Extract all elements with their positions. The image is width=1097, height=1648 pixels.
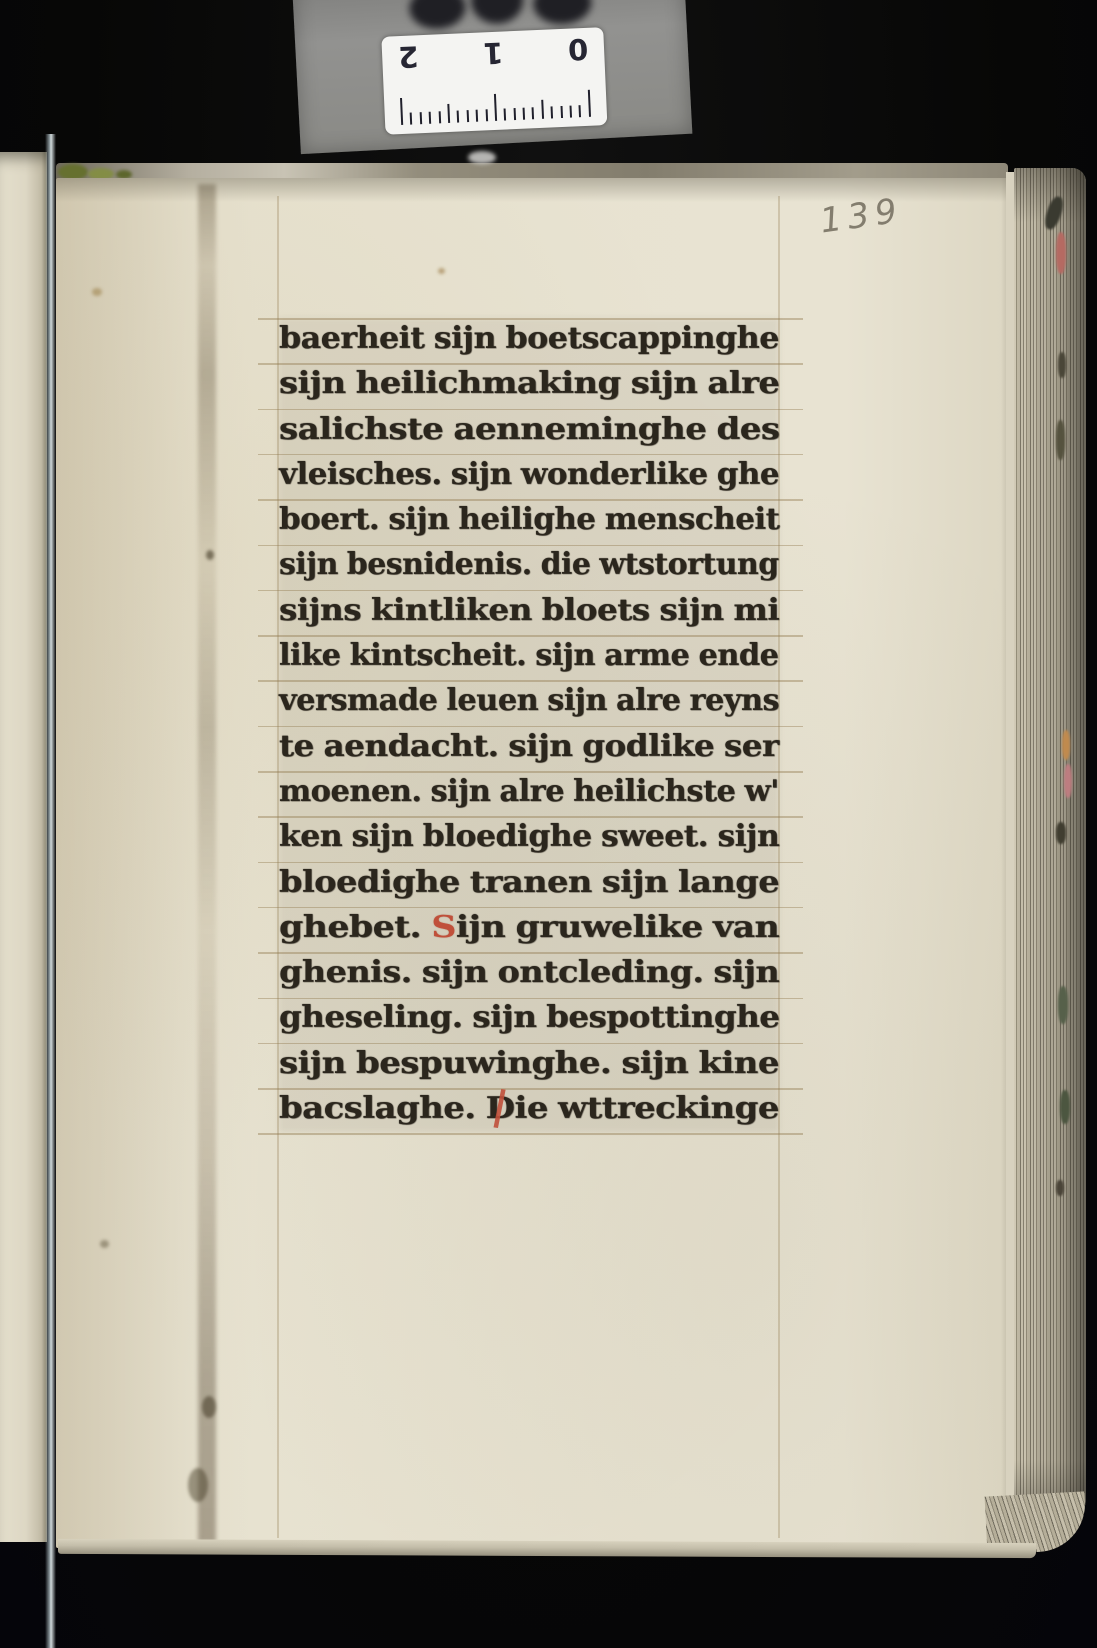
- ruler-tick: [513, 108, 516, 120]
- photo-scale-ruler: 210: [292, 0, 693, 154]
- manuscript-text: like kintscheit. sijn arme ende: [279, 633, 779, 678]
- fore-edge-mark: [1056, 1180, 1064, 1196]
- facing-page-edge: [0, 152, 47, 1542]
- manuscript-text: sijn besnidenis. die wtstortung: [279, 542, 779, 587]
- ruler-tick: [438, 111, 441, 123]
- manuscript-text-line: ghebet. Sijn gruwelike van: [279, 905, 779, 950]
- ruler-tick: [419, 112, 422, 124]
- manuscript-text: vleisches. sijn wonderlike ghe: [279, 452, 779, 497]
- manuscript-text-line: te aendacht. sijn godlike ser: [279, 724, 779, 769]
- parchment-spot: [100, 1240, 109, 1248]
- ruler-tick: [429, 112, 432, 124]
- manuscript-text-line: like kintscheit. sijn arme ende: [279, 633, 779, 678]
- manuscript-text: salichste aenneminghe des: [279, 407, 780, 452]
- ruler-tick: [532, 107, 535, 119]
- manuscript-text: ghebet. Sijn gruwelike van: [279, 905, 779, 950]
- ruler-block-mark: [470, 0, 524, 25]
- manuscript-text: te aendacht. sijn godlike ser: [279, 724, 779, 769]
- ruler-tick: [400, 98, 403, 125]
- photo-of-manuscript: baerheit sijn boetscappinghesijn heilich…: [0, 0, 1097, 1648]
- manuscript-text: moenen. sijn alre heilichste w': [279, 769, 779, 814]
- manuscript-text: ghenis. sijn ontcleding. sijn: [279, 950, 779, 995]
- ruler-tick: [410, 113, 413, 125]
- parchment-spot: [438, 268, 445, 274]
- ruler-ticks: [400, 90, 591, 125]
- parchment-spot: [188, 1468, 208, 1502]
- ruler-scale-sticker: 210: [381, 27, 607, 135]
- ruler-number: 2: [397, 39, 419, 74]
- parchment-spot: [202, 1396, 216, 1418]
- manuscript-text: baerheit sijn boetscappinghe: [279, 316, 779, 361]
- parchment-spot: [206, 550, 214, 560]
- manuscript-text-line: salichste aenneminghe des: [279, 407, 779, 452]
- manuscript-text-line: ken sijn bloedighe sweet. sijn: [279, 814, 779, 859]
- top-edge-glint: [468, 151, 496, 164]
- fore-edge-mark: [1056, 822, 1066, 844]
- gutter-stain: [198, 184, 216, 1542]
- gutter-shading: [56, 178, 256, 1548]
- ruling-line: [258, 1133, 803, 1135]
- fore-edge-mark: [1056, 232, 1066, 274]
- manuscript-text-line: bacslaghe. Die wttreckinge: [279, 1086, 779, 1131]
- manuscript-text-line: bloedighe tranen sijn lange: [279, 860, 779, 905]
- manuscript-text-line: ghenis. sijn ontcleding. sijn: [279, 950, 779, 995]
- ruler-tick: [541, 100, 544, 119]
- ruler-tick: [523, 108, 526, 120]
- ruler-tick: [570, 106, 573, 118]
- rubricated-initial: S: [431, 910, 456, 945]
- ruler-tick: [466, 110, 469, 122]
- ruler-block-mark: [532, 0, 592, 26]
- ruler-tick: [494, 94, 497, 121]
- manuscript-text-line: sijns kintliken bloets sijn mi: [279, 588, 779, 633]
- manuscript-text-line: moenen. sijn alre heilichste w': [279, 769, 779, 814]
- manuscript-text-line: sijn bespuwinghe. sijn kine: [279, 1041, 779, 1086]
- fore-edge-mark: [1056, 420, 1065, 460]
- ruler-tick: [504, 108, 507, 120]
- ruler-block-mark: [408, 0, 466, 30]
- fore-edge-mark: [1060, 1090, 1070, 1124]
- manuscript-text-block: baerheit sijn boetscappinghesijn heilich…: [279, 316, 779, 1131]
- manuscript-text: sijns kintliken bloets sijn mi: [279, 588, 779, 633]
- ruler-tick: [447, 104, 450, 123]
- manuscript-text-line: gheseling. sijn bespottinghe: [279, 995, 779, 1040]
- glass-plate-edge: [45, 134, 56, 1648]
- ruler-tick: [579, 105, 582, 117]
- fore-edge-mark: [1058, 986, 1068, 1024]
- manuscript-text: boert. sijn heilighe menscheit: [279, 497, 779, 542]
- ruler-number: 1: [482, 36, 504, 71]
- manuscript-text: gheseling. sijn bespottinghe: [279, 995, 780, 1040]
- manuscript-text: ken sijn bloedighe sweet. sijn: [279, 814, 779, 859]
- fore-edge-mark: [1058, 352, 1066, 378]
- ruler-tick: [588, 90, 591, 117]
- ruler-tick: [485, 109, 488, 121]
- ruler-tick: [560, 106, 563, 118]
- ruler-tick: [476, 110, 479, 122]
- parchment-spot: [92, 288, 102, 296]
- fore-edge-mark: [1064, 764, 1072, 798]
- manuscript-text: bloedighe tranen sijn lange: [279, 860, 779, 905]
- manuscript-text-line: vleisches. sijn wonderlike ghe: [279, 452, 779, 497]
- manuscript-text-line: sijn besnidenis. die wtstortung: [279, 542, 779, 587]
- ruler-tick: [551, 106, 554, 118]
- manuscript-text-line: boert. sijn heilighe menscheit: [279, 497, 779, 542]
- manuscript-text-line: sijn heilichmaking sijn alre: [279, 361, 779, 406]
- manuscript-text: bacslaghe. Die wttreckinge: [279, 1086, 779, 1131]
- manuscript-text: sijn heilichmaking sijn alre: [279, 361, 779, 406]
- ruler-tick: [457, 110, 460, 122]
- ruler-labels: 210: [397, 32, 588, 74]
- page-bottom-edge: [58, 1539, 1036, 1558]
- fore-edge-mark: [1062, 730, 1070, 760]
- rubricated-initial: D: [486, 1086, 515, 1131]
- manuscript-text: versmade leuen sijn alre reyns: [279, 678, 779, 723]
- fore-edge-shading: [1014, 168, 1086, 1528]
- manuscript-text-line: baerheit sijn boetscappinghe: [279, 316, 779, 361]
- ruler-number: 0: [567, 32, 589, 67]
- manuscript-text: sijn bespuwinghe. sijn kine: [279, 1041, 779, 1086]
- manuscript-text-line: versmade leuen sijn alre reyns: [279, 678, 779, 723]
